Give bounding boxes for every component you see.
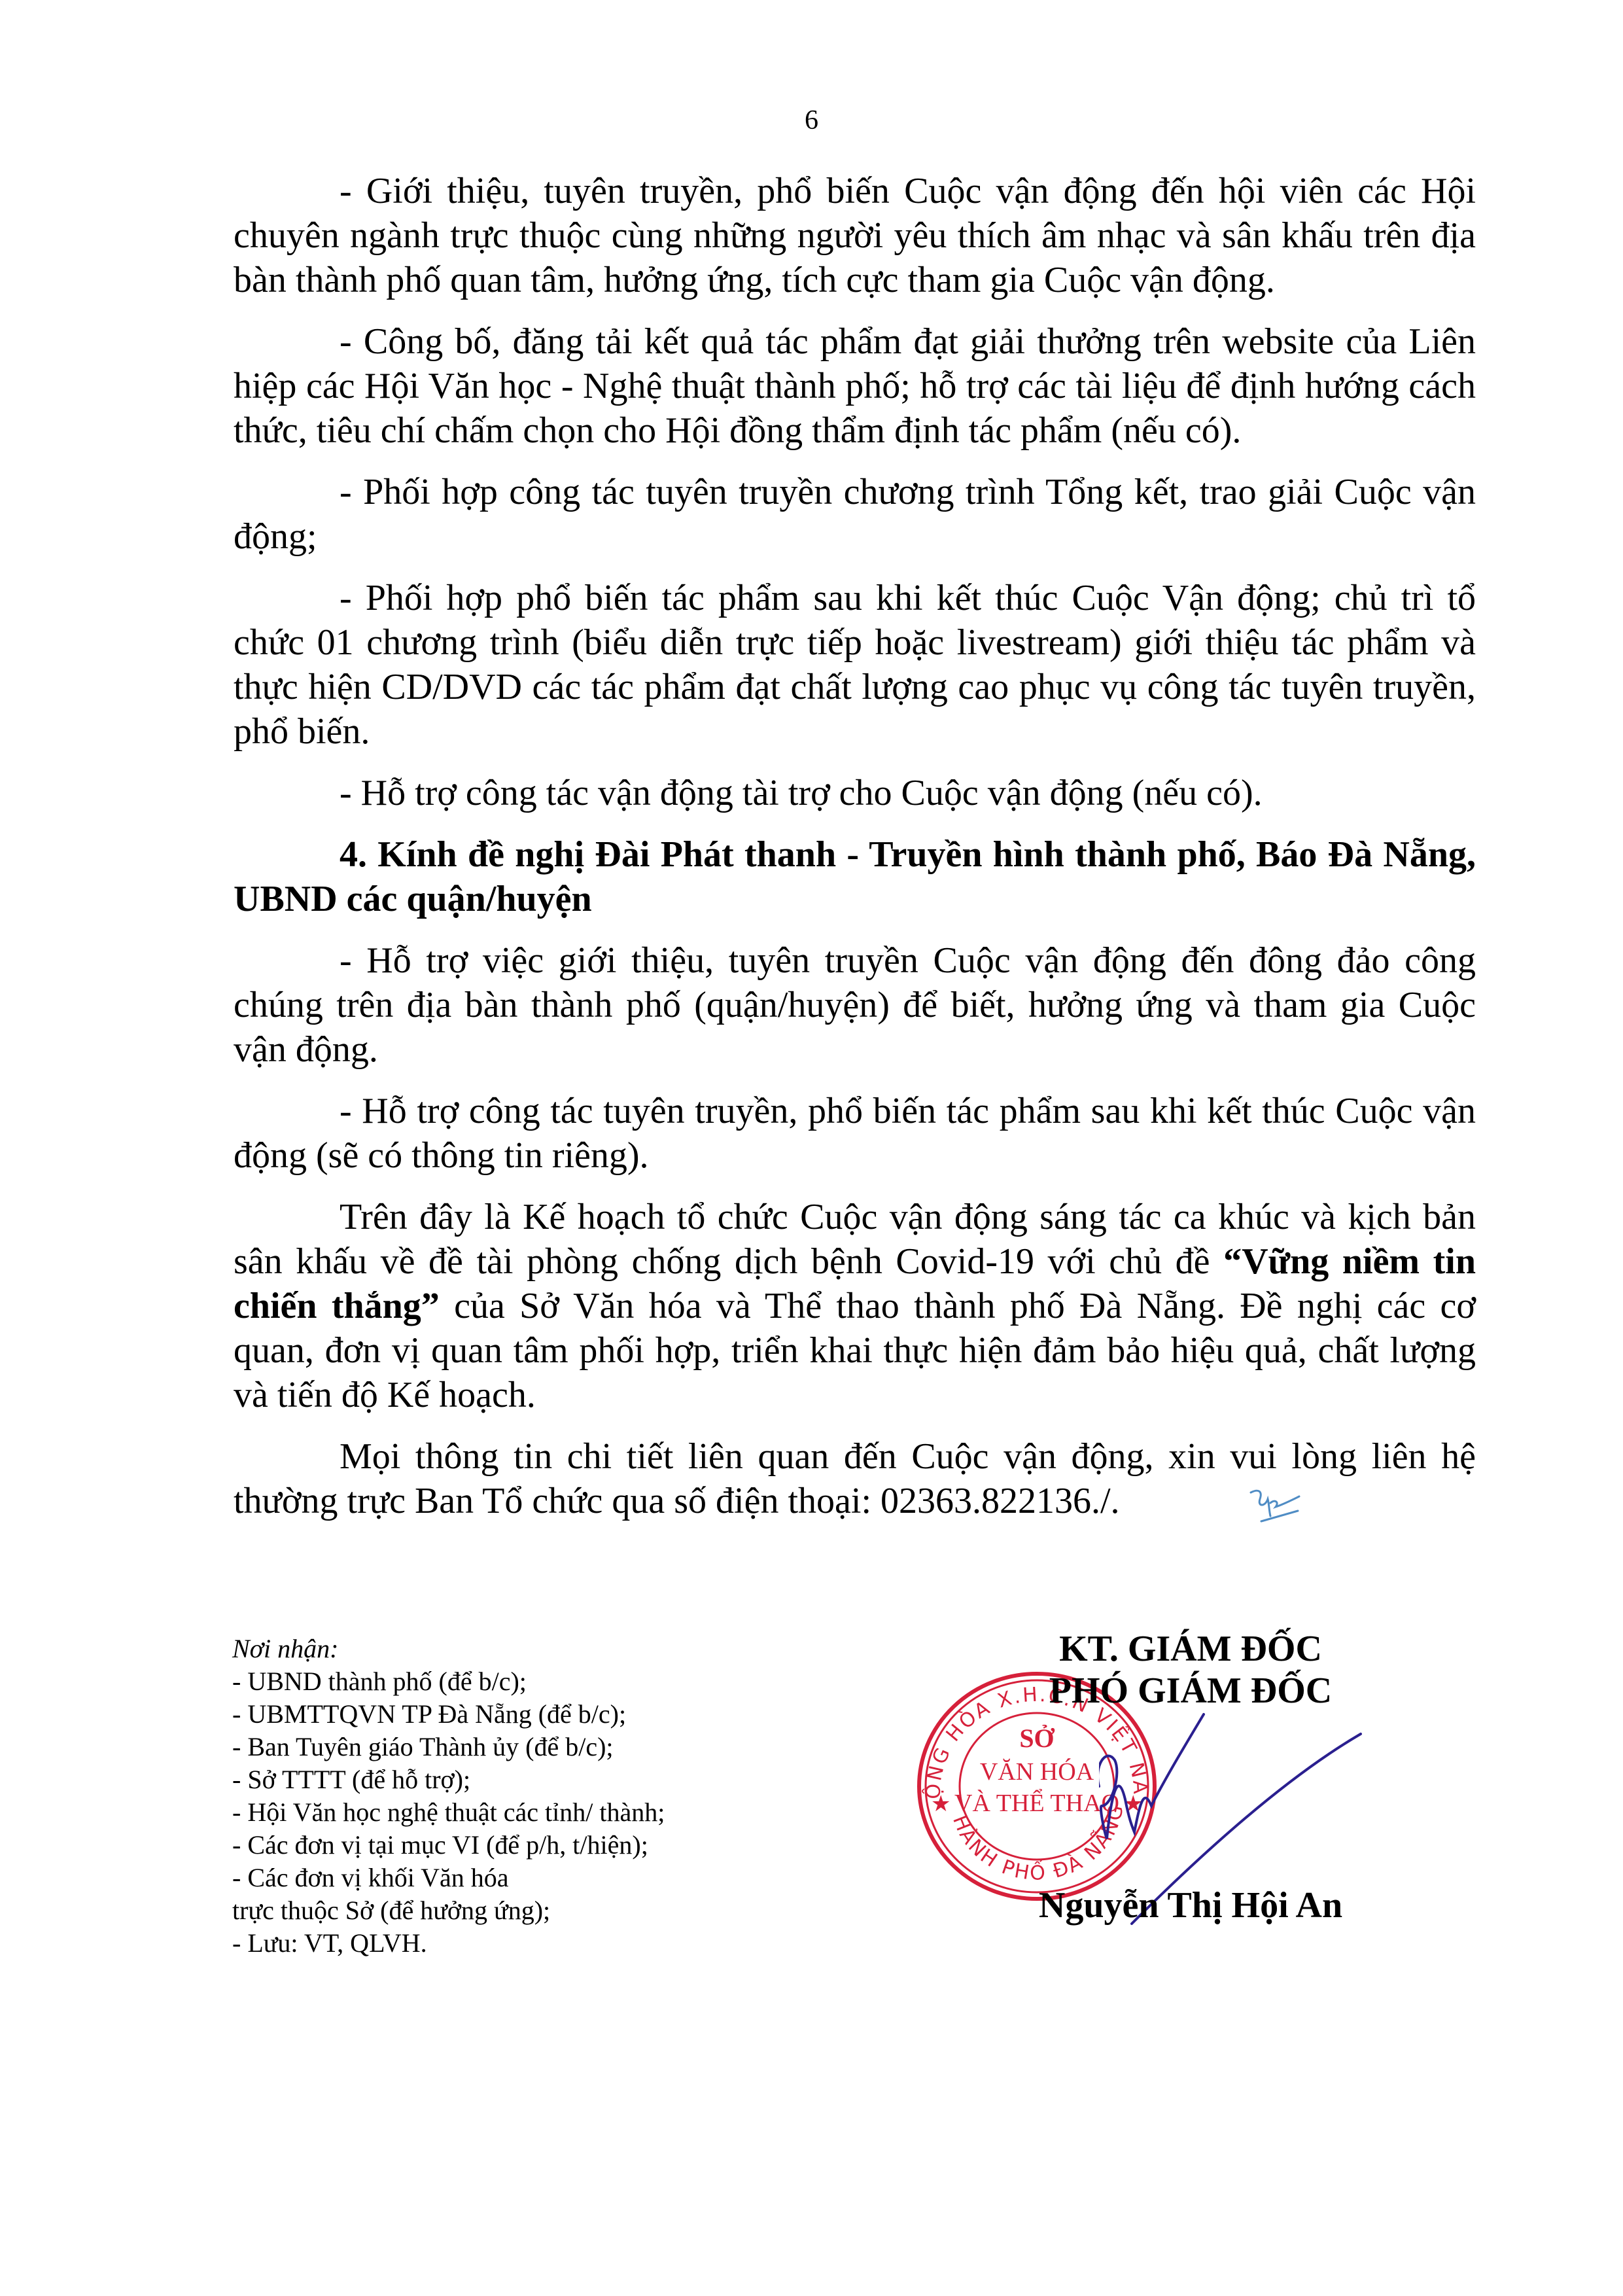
section-4-paragraph-support-dissemination: - Hỗ trợ công tác tuyên truyền, phổ biến…	[234, 1089, 1476, 1178]
document-body: - Giới thiệu, tuyên truyền, phổ biến Cuộ…	[234, 169, 1476, 1541]
closing-paragraph: Trên đây là Kế hoạch tổ chức Cuộc vận độ…	[234, 1195, 1476, 1417]
svg-text:SỞ: SỞ	[1019, 1723, 1055, 1753]
recipient-item: - Sở TTTT (để hỗ trợ);	[232, 1763, 821, 1796]
initials-mark-icon	[1140, 1485, 1198, 1524]
svg-text:★: ★	[931, 1791, 951, 1817]
signer-name: Nguyễn Thị Hội An	[968, 1884, 1413, 1926]
contact-paragraph: Mọi thông tin chi tiết liên quan đến Cuộ…	[234, 1434, 1476, 1524]
recipient-item: - Lưu: VT, QLVH.	[232, 1927, 821, 1960]
recipient-item: - Hội Văn học nghệ thuật các tỉnh/ thành…	[232, 1796, 821, 1829]
recipient-item: - UBMTTQVN TP Đà Nẵng (để b/c);	[232, 1698, 821, 1731]
paragraph-sponsorship: - Hỗ trợ công tác vận động tài trợ cho C…	[234, 771, 1476, 815]
section-4-paragraph-support-intro: - Hỗ trợ việc giới thiệu, tuyên truyền C…	[234, 938, 1476, 1072]
recipient-item: - UBND thành phố (để b/c);	[232, 1665, 821, 1698]
page-number: 6	[0, 105, 1623, 136]
recipients-title: Nơi nhận:	[232, 1633, 821, 1665]
recipient-item: - Các đơn vị khối Văn hóa	[232, 1862, 821, 1894]
svg-text:VĂN HÓA: VĂN HÓA	[980, 1758, 1094, 1786]
recipients-list: Nơi nhận: - UBND thành phố (để b/c); - U…	[232, 1633, 821, 1960]
signatory-authority: KT. GIÁM ĐỐC	[968, 1628, 1413, 1670]
paragraph-introduce: - Giới thiệu, tuyên truyền, phổ biến Cuộ…	[234, 169, 1476, 302]
paragraph-coordinate-summary: - Phối hợp công tác tuyên truyền chương …	[234, 470, 1476, 559]
recipient-item: - Ban Tuyên giáo Thành ủy (để b/c);	[232, 1731, 821, 1763]
paragraph-disseminate-works: - Phối hợp phổ biến tác phẩm sau khi kết…	[234, 576, 1476, 754]
signature-block: KT. GIÁM ĐỐC PHÓ GIÁM ĐỐC	[968, 1628, 1413, 1712]
signatory-title: PHÓ GIÁM ĐỐC	[968, 1670, 1413, 1712]
recipient-item: - Các đơn vị tại mục VI (để p/h, t/hiện)…	[232, 1829, 821, 1862]
svg-text:VÀ THỂ THAO: VÀ THỂ THAO	[954, 1789, 1119, 1817]
paragraph-publish-results: - Công bố, đăng tải kết quả tác phẩm đạt…	[234, 319, 1476, 453]
recipient-item: trực thuộc Sở (để hưởng ứng);	[232, 1894, 821, 1927]
section-4-heading: 4. Kính đề nghị Đài Phát thanh - Truyền …	[234, 832, 1476, 921]
